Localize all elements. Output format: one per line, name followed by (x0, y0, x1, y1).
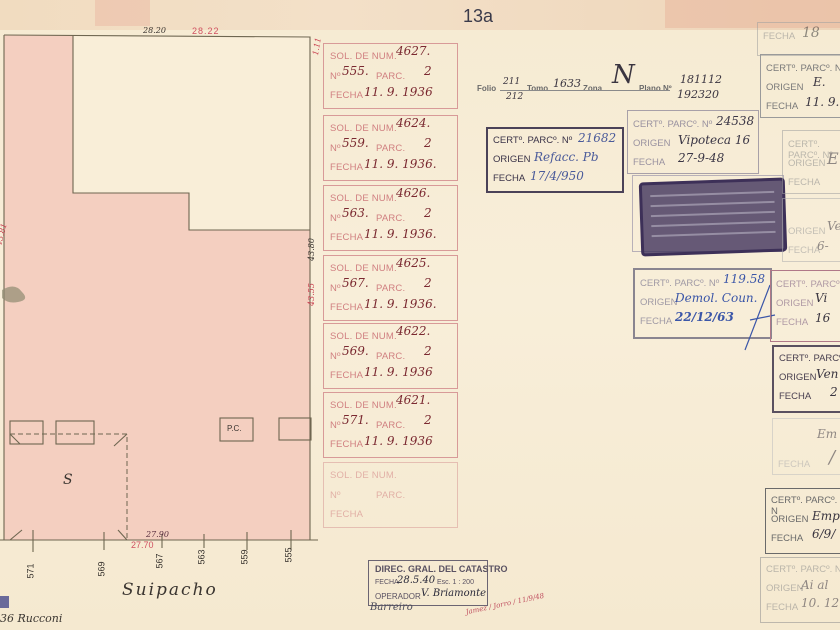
dimension-bottom-red: 27.70 (131, 540, 154, 550)
street-number-555: 555 (284, 547, 294, 562)
street-number-563: 563 (197, 549, 207, 564)
dimension-bottom-black: 27.90 (146, 530, 169, 539)
tomo-label: Tomo (527, 84, 548, 93)
dimension-top-black: 28.20 (143, 26, 166, 35)
sol-stamp: SOL. DE NUM.4621. Nº571.PARC.2 FECHA11. … (323, 392, 458, 458)
zona-value: N (612, 60, 635, 90)
catastro-title: DIREC. GRAL. DEL CATASTRO (375, 564, 508, 574)
dimension-right-red: 43.55 (307, 283, 316, 306)
dimension-right-black: 43.80 (307, 238, 316, 261)
catastro-stamp: DIREC. GRAL. DEL CATASTRO FECHA 28.5.40 … (368, 560, 488, 606)
sol-stamp: SOL. DE NUM.4624. Nº559.PARC.2 FECHA11. … (323, 115, 458, 181)
sol-stamp: SOL. DE NUM.4622. Nº569.PARC.2 FECHA11. … (323, 323, 458, 389)
catastro-fecha-label: FECHA (375, 579, 399, 586)
cert-stamp-right-top: FECHA18 (757, 22, 840, 56)
lot-plan (0, 0, 320, 560)
tomo-value: 1633 (553, 77, 581, 90)
folio-underline (500, 90, 670, 91)
catastro-escala: Esc. 1 : 200 (437, 579, 474, 586)
catastro-operador-label: OPERADOR (375, 592, 421, 601)
cert-stamp-right-4: CERTº. PARCº. ORIGENVi FECHA16 (770, 270, 840, 342)
cert-stamp-24538: CERTº. PARCº. Nº24538 ORIGENVipoteca 16 … (627, 110, 759, 174)
signature-barreiro: Barreiro (370, 602, 413, 613)
cert-stamp-right-8: CERTº. PARCº. Nº ORIGENAi al FECHA10. 12… (760, 557, 840, 623)
street-number-559: 559 (240, 549, 250, 564)
dimension-top-red: 28.22 (192, 26, 220, 36)
plano-label: Plano Nº (639, 84, 672, 93)
folio-bottom: 212 (506, 92, 523, 102)
s-mark: S (63, 472, 73, 488)
folio-top: 211 (503, 77, 520, 87)
catastro-fecha: 28.5.40 (397, 575, 435, 586)
pc-mark: P.C. (227, 424, 242, 433)
ink-mark (0, 596, 9, 608)
street-number-569: 569 (97, 561, 107, 576)
street-number-571: 571 (26, 563, 36, 578)
street-name: Suipacho (122, 580, 218, 600)
sheet-number: 13a (463, 6, 493, 27)
sol-stamp: SOL. DE NUM.4627. Nº555.PARC.2 FECHA11. … (323, 43, 458, 109)
cert-stamp-right-6: Em FECHA/ (772, 418, 840, 475)
street-number-567: 567 (155, 553, 165, 568)
catastro-operador: V. Briamonte (421, 588, 486, 599)
zona-label: Zona (583, 84, 602, 93)
cert-stamp-right-1: CERTº. PARCº. Nº ORIGENE. FECHA11. 9. (760, 54, 840, 118)
sol-stamp-blank: SOL. DE NUM. NºPARC. FECHA (323, 462, 458, 528)
cert-stamp-right-5: CERTº. PARCº. ORIGENVen FECHA2 (772, 345, 840, 413)
bottom-left-note: 36 Rucconi (0, 612, 62, 625)
plano-bottom: 192320 (677, 88, 719, 101)
cert-stamp-right-3: ORIGENVe FECHA6- (782, 198, 840, 262)
plano-top: 181112 (680, 73, 722, 86)
obliterated-stamp (639, 177, 787, 256)
folio-label: Folio (477, 84, 496, 93)
cert-stamp-right-2: CERTº. PARCº. Nº ORIGENE FECHA (782, 130, 840, 194)
cert-stamp-right-7: CERTº. PARCº. N ORIGENEmp FECHA6/9/ (765, 488, 840, 554)
sol-stamp: SOL. DE NUM.4626. Nº563.PARC.2 FECHA11. … (323, 185, 458, 251)
cert-stamp-21682: CERTº. PARCº. Nº21682 ORIGENRefacc. Pb F… (486, 127, 624, 193)
sol-stamp: SOL. DE NUM.4625. Nº567.PARC.2 FECHA11. … (323, 255, 458, 321)
